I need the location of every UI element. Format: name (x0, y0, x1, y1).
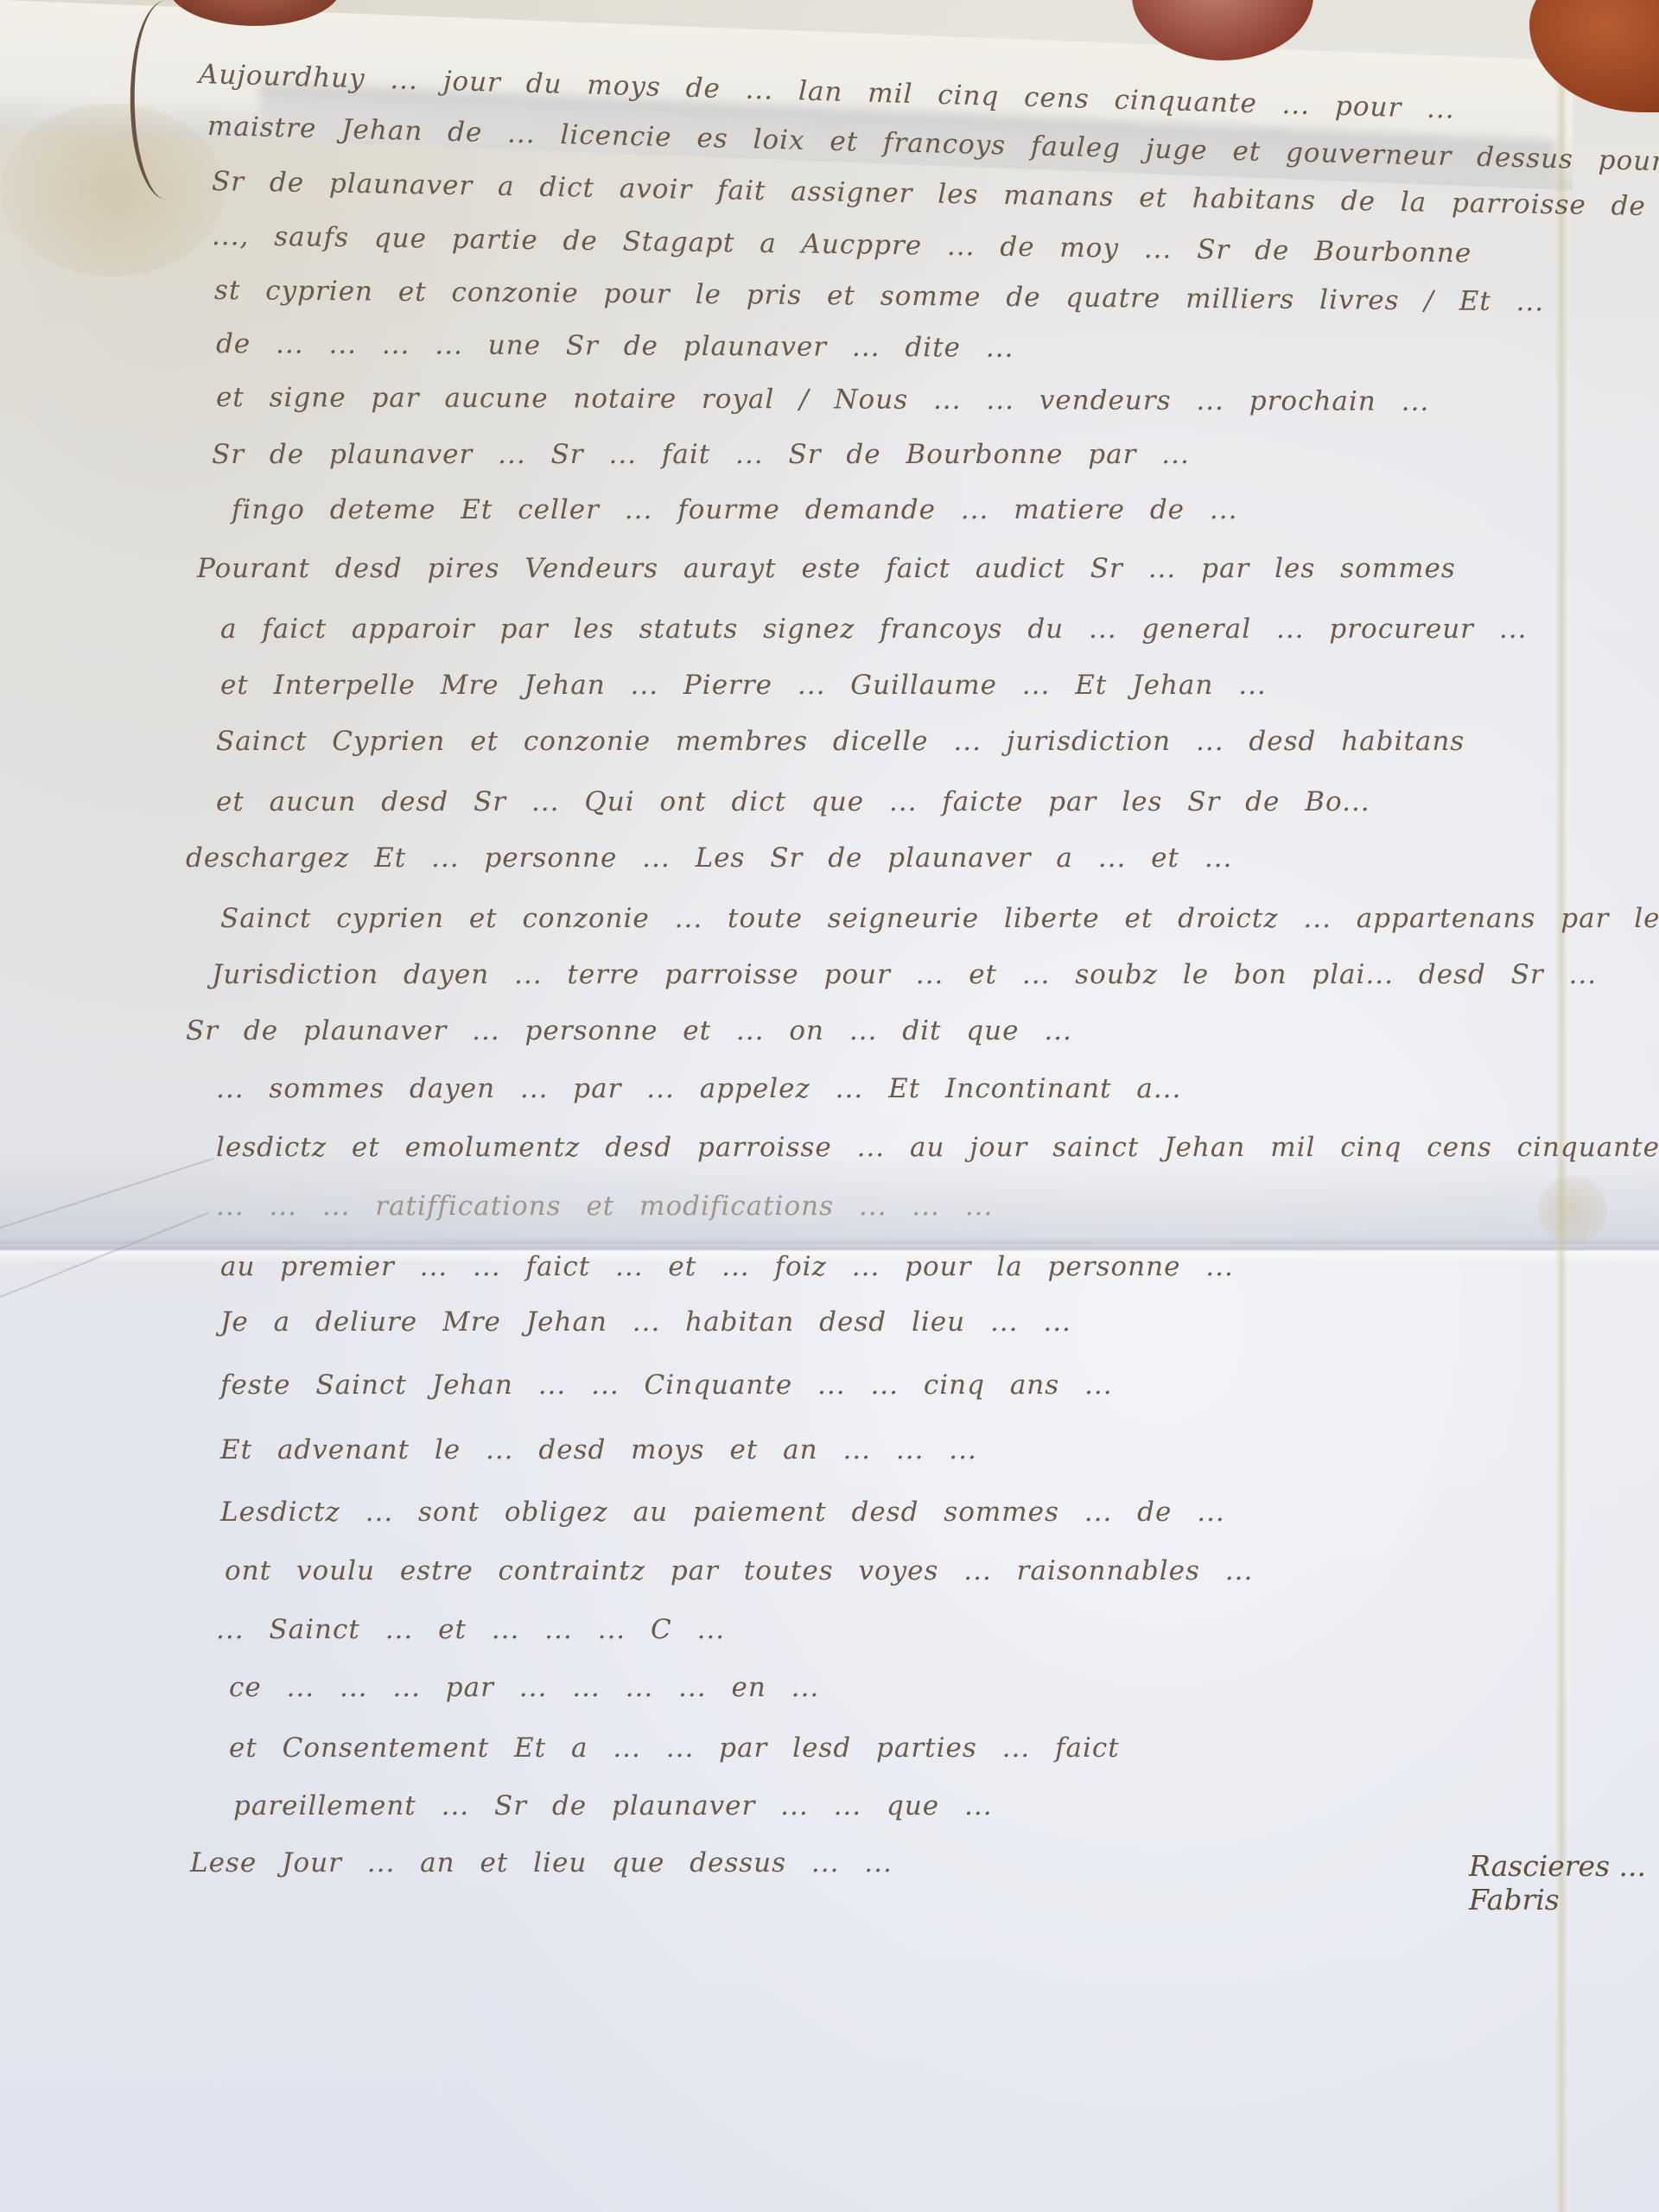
manuscript-line: Sainct Cyprien et conzonie membres dicel… (216, 726, 1465, 757)
manuscript-photo: Aujourdhuy ... jour du moys de ... lan m… (0, 0, 1659, 2212)
manuscript-line: st cyprien et conzonie pour le pris et s… (214, 275, 1545, 317)
notary-signature: Rascieres ... Fabris (1469, 1849, 1659, 1916)
manuscript-line: Pourant desd pires Vendeurs aurayt este … (197, 553, 1456, 584)
manuscript-line: Jurisdiction dayen ... terre parroisse p… (212, 959, 1597, 990)
manuscript-line: ce ... ... ... par ... ... ... ... en ..… (229, 1672, 819, 1703)
manuscript-line: Sainct cyprien et conzonie ... toute sei… (220, 903, 1659, 934)
manuscript-line: et signe par aucune notaire royal / Nous… (216, 382, 1429, 417)
manuscript-line: ont voulu estre contraintz par toutes vo… (225, 1555, 1253, 1586)
manuscript-line: Sr de plaunaver ... Sr ... fait ... Sr d… (212, 439, 1190, 470)
manuscript-line: et Interpelle Mre Jehan ... Pierre ... G… (220, 670, 1267, 701)
manuscript-line: deschargez Et ... personne ... Les Sr de… (186, 842, 1232, 874)
manuscript-line: Sr de plaunaver ... personne et ... on .… (186, 1015, 1072, 1046)
manuscript-line: feste Sainct Jehan ... ... Cinquante ...… (220, 1370, 1113, 1401)
manuscript-line: ..., saufs que partie de Stagapt a Aucpp… (212, 220, 1472, 269)
manuscript-line: Je a deliure Mre Jehan ... habitan desd … (220, 1306, 1071, 1338)
manuscript-line: Lese Jour ... an et lieu que dessus ... … (190, 1847, 893, 1878)
manuscript-line: et Consentement Et a ... ... par lesd pa… (229, 1732, 1120, 1764)
manuscript-line: Lesdictz ... sont obligez au paiement de… (220, 1497, 1225, 1528)
manuscript-line: ... sommes dayen ... par ... appelez ...… (216, 1073, 1181, 1104)
manuscript-line: et aucun desd Sr ... Qui ont dict que ..… (216, 786, 1370, 817)
manuscript-line: pareillement ... Sr de plaunaver ... ...… (233, 1790, 993, 1821)
manuscript-line: Et advenant le ... desd moys et an ... .… (220, 1434, 977, 1465)
manuscript-line: de ... ... ... ... une Sr de plaunaver .… (216, 328, 1014, 364)
manuscript-line: a faict apparoir par les statuts signez … (220, 613, 1527, 645)
manuscript-line: lesdictz et emolumentz desd parroisse ..… (216, 1132, 1659, 1163)
manuscript-line: Sr de plaunaver a dict avoir fait assign… (212, 166, 1659, 225)
manuscript-line: ... ... ... ratiffications et modificati… (216, 1191, 993, 1222)
manuscript-line: ... Sainct ... et ... ... ... C ... (216, 1614, 725, 1645)
manuscript-line: fingo deteme Et celler ... fourme demand… (232, 494, 1237, 525)
manuscript-line: au premier ... ... faict ... et ... foiz… (220, 1251, 1234, 1282)
manuscript-text: Aujourdhuy ... jour du moys de ... lan m… (0, 0, 1659, 2212)
